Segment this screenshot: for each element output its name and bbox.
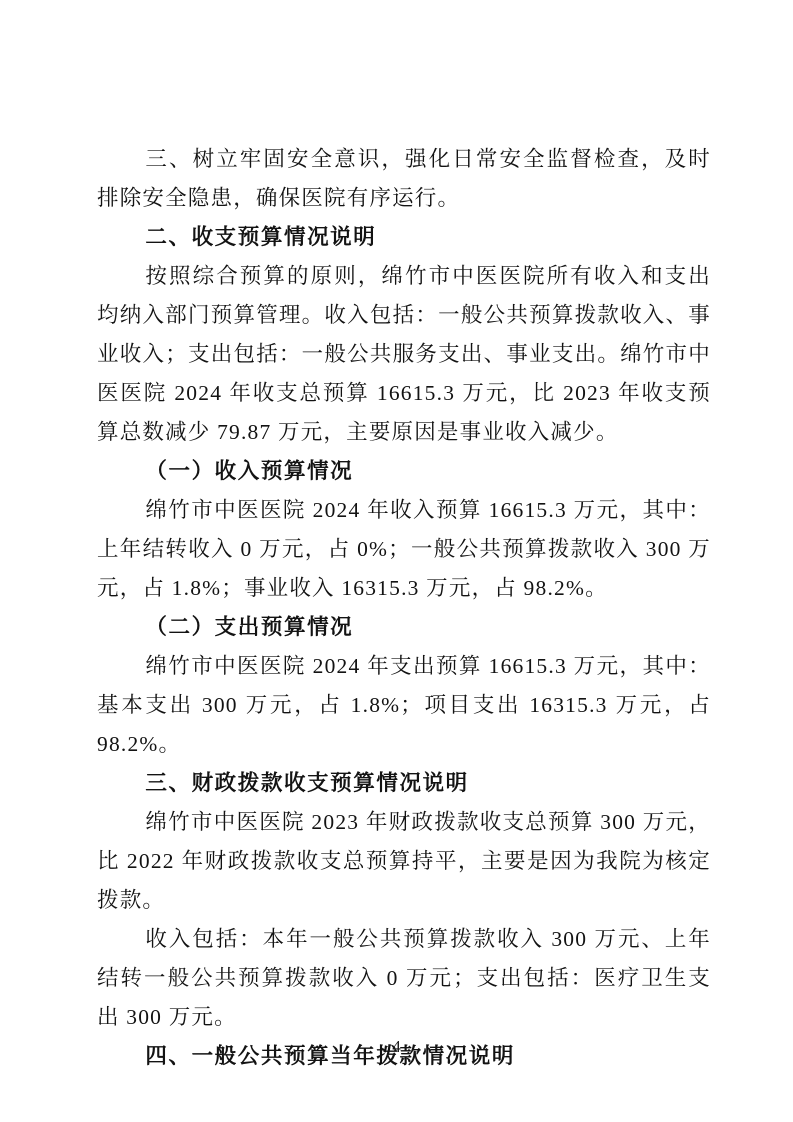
document-text-area: 三、树立牢固安全意识，强化日常安全监督检查，及时排除安全隐患，确保医院有序运行。… xyxy=(97,140,711,1076)
paragraph-income-budget: 绵竹市中医医院 2024 年收入预算 16615.3 万元，其中：上年结转收入 … xyxy=(97,491,711,608)
page-number: 4 xyxy=(0,1037,793,1057)
heading-section-2-budget-overview: 二、收支预算情况说明 xyxy=(97,218,711,257)
heading-section-3-fiscal-allocation: 三、财政拨款收支预算情况说明 xyxy=(97,764,711,803)
document-page: 三、树立牢固安全意识，强化日常安全监督检查，及时排除安全隐患，确保医院有序运行。… xyxy=(0,0,793,1122)
paragraph-budget-overview: 按照综合预算的原则，绵竹市中医医院所有收入和支出均纳入部门预算管理。收入包括：一… xyxy=(97,257,711,452)
heading-income-budget: （一）收入预算情况 xyxy=(97,452,711,491)
paragraph-fiscal-allocation-detail: 收入包括：本年一般公共预算拨款收入 300 万元、上年结转一般公共预算拨款收入 … xyxy=(97,920,711,1037)
paragraph-safety-awareness: 三、树立牢固安全意识，强化日常安全监督检查，及时排除安全隐患，确保医院有序运行。 xyxy=(97,140,711,218)
paragraph-fiscal-allocation-total: 绵竹市中医医院 2023 年财政拨款收支总预算 300 万元，比 2022 年财… xyxy=(97,803,711,920)
paragraph-expenditure-budget: 绵竹市中医医院 2024 年支出预算 16615.3 万元，其中：基本支出 30… xyxy=(97,647,711,764)
heading-expenditure-budget: （二）支出预算情况 xyxy=(97,608,711,647)
